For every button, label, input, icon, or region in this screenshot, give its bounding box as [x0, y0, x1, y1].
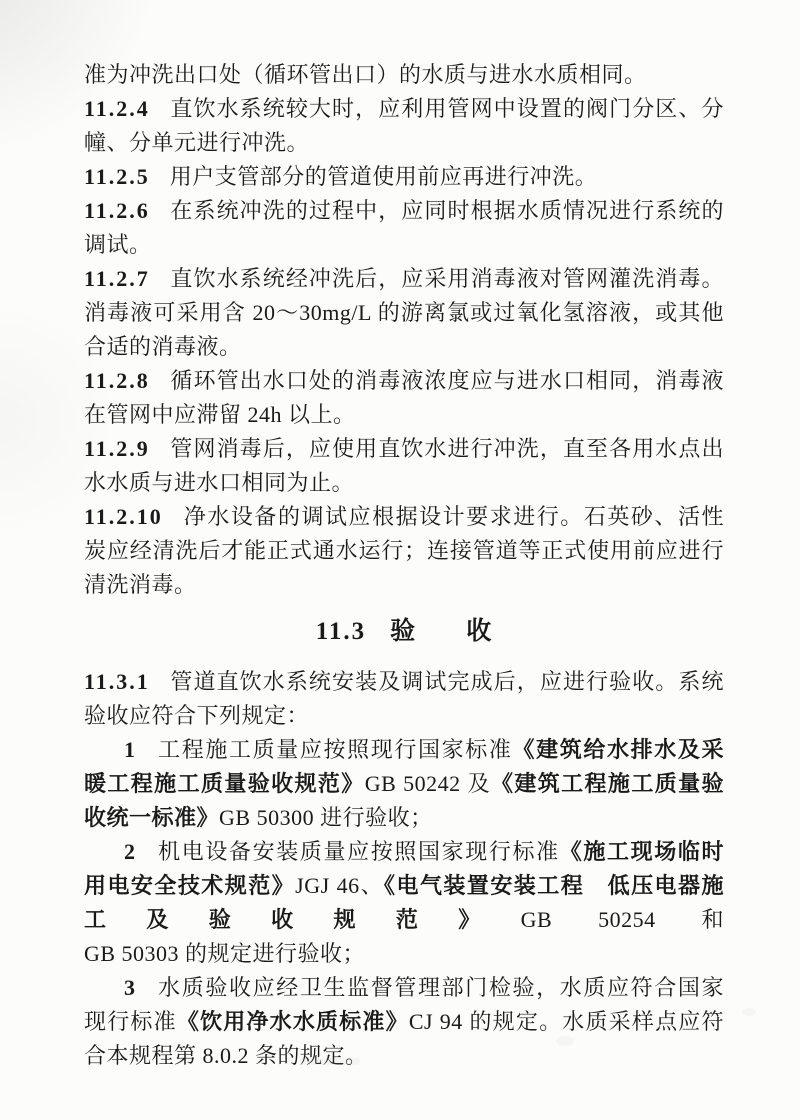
- standard-title: 《建筑给水排水及采: [512, 737, 724, 762]
- text-segment: 炭应经清洗后才能正式通水运行；连接管道等正式使用前应进行: [84, 538, 724, 563]
- text-line: 调试。: [84, 228, 724, 262]
- text-segment: 消毒液可采用含 20～30mg/L 的游离氯或过氧化氢溶液，或其他: [84, 300, 724, 325]
- standard-title: 收统一标准》: [84, 805, 219, 830]
- text-line: 清洗消毒。: [84, 568, 724, 602]
- text-segment: 在系统冲洗的过程中，应同时根据水质情况进行系统的: [170, 198, 724, 223]
- text-segment: 机电设备安装质量应按照国家现行标准: [157, 839, 560, 864]
- text-line: 水水质与进水口相同为止。: [84, 466, 724, 500]
- standard-title: 《施工现场临时: [560, 839, 724, 864]
- text-line: 现行标准《饮用净水水质标准》CJ 94 的规定。水质采样点应符: [84, 1005, 724, 1039]
- text-line: 3水质验收应经卫生监督管理部门检验，水质应符合国家: [84, 971, 724, 1005]
- text-segment: GB 50254 和: [521, 907, 724, 932]
- text-line: 在管网中应滞留 24h 以上。: [84, 398, 724, 432]
- clause-number: 3: [124, 975, 137, 1000]
- scan-artifact: [742, 1008, 756, 1016]
- clause-number: 11.2.6: [84, 198, 150, 223]
- clause-lines-top: 准为冲洗出口处（循环管出口）的水质与进水水质相同。11.2.4直饮水系统较大时，…: [84, 58, 724, 602]
- clause-number: 1: [124, 737, 137, 762]
- standard-title: 《建筑工程施工质量验: [491, 771, 724, 796]
- text-line: 11.2.9管网消毒后，应使用直饮水进行冲洗，直至各用水点出: [84, 432, 724, 466]
- text-segment: GB 50303 的规定进行验收；: [84, 941, 365, 966]
- clause-number: 11.2.9: [84, 436, 150, 461]
- text-line: 11.2.6在系统冲洗的过程中，应同时根据水质情况进行系统的: [84, 194, 724, 228]
- clause-number: 2: [124, 839, 137, 864]
- text-line: GB 50303 的规定进行验收；: [84, 937, 724, 971]
- text-line: 11.2.8循环管出水口处的消毒液浓度应与进水口相同，消毒液: [84, 364, 724, 398]
- clause-lines-bottom: 11.3.1管道直饮水系统安装及调试完成后，应进行验收。系统验收应符合下列规定：…: [84, 665, 724, 1073]
- text-segment: 工程施工质量应按照现行国家标准: [157, 737, 512, 762]
- standard-title: 工及验收规范》: [84, 907, 521, 932]
- section-heading-number: 11.3: [316, 618, 366, 645]
- text-line: 11.2.7直饮水系统经冲洗后，应采用消毒液对管网灌洗消毒。: [84, 262, 724, 296]
- text-segment: 净水设备的调试应根据设计要求进行。石英砂、活性: [183, 504, 724, 529]
- text-line: 炭应经清洗后才能正式通水运行；连接管道等正式使用前应进行: [84, 534, 724, 568]
- text-segment: 调试。: [84, 232, 152, 257]
- text-segment: 水质验收应经卫生监督管理部门检验，水质应符合国家: [157, 975, 724, 1000]
- text-segment: 合适的消毒液。: [84, 334, 242, 359]
- clause-number: 11.2.10: [84, 504, 163, 529]
- standard-title: 《电气装置安装工程 低压电器施: [384, 873, 724, 898]
- text-line: 准为冲洗出口处（循环管出口）的水质与进水水质相同。: [84, 58, 724, 92]
- clause-number: 11.2.5: [84, 164, 150, 189]
- section-heading-word-1: 验: [390, 618, 416, 645]
- clause-number: 11.3.1: [84, 669, 150, 694]
- text-line: 收统一标准》GB 50300 进行验收；: [84, 801, 724, 835]
- clause-number: 11.2.7: [84, 266, 150, 291]
- text-line: 11.3.1管道直饮水系统安装及调试完成后，应进行验收。系统: [84, 665, 724, 699]
- section-heading-word-2: 收: [466, 618, 492, 645]
- text-segment: 用户支管部分的管道使用前应再进行冲洗。: [170, 164, 598, 189]
- text-segment: JGJ 46、: [295, 873, 384, 898]
- text-segment: 验收应符合下列规定：: [84, 703, 309, 728]
- text-segment: 直饮水系统较大时，应利用管网中设置的阀门分区、分: [170, 96, 724, 121]
- text-line: 工及验收规范》GB 50254 和《建筑电气工程施工质量验收规范》: [84, 903, 724, 937]
- standard-title: 《饮用净水水质标准》: [177, 1009, 409, 1034]
- text-line: 1工程施工质量应按照现行国家标准《建筑给水排水及采: [84, 733, 724, 767]
- text-segment: GB 50300 进行验收；: [219, 805, 433, 830]
- text-line: 11.2.10净水设备的调试应根据设计要求进行。石英砂、活性: [84, 500, 724, 534]
- text-segment: 直饮水系统经冲洗后，应采用消毒液对管网灌洗消毒。: [170, 266, 724, 291]
- section-heading: 11.3验收: [84, 615, 724, 649]
- text-line: 11.2.4直饮水系统较大时，应利用管网中设置的阀门分区、分: [84, 92, 724, 126]
- text-segment: 水水质与进水口相同为止。: [84, 470, 354, 495]
- standard-title: 用电安全技术规范》: [84, 873, 295, 898]
- text-segment: GB 50242 及: [365, 771, 491, 796]
- standard-title: 暖工程施工质量验收规范》: [84, 771, 365, 796]
- text-column: 准为冲洗出口处（循环管出口）的水质与进水水质相同。11.2.4直饮水系统较大时，…: [84, 58, 724, 1073]
- text-segment: 循环管出水口处的消毒液浓度应与进水口相同，消毒液: [170, 368, 724, 393]
- scan-artifact: [556, 1036, 574, 1046]
- text-segment: 现行标准: [84, 1009, 177, 1034]
- text-line: 11.2.5用户支管部分的管道使用前应再进行冲洗。: [84, 160, 724, 194]
- scan-artifact: [300, 1058, 360, 1065]
- text-segment: 管道直饮水系统安装及调试完成后，应进行验收。系统: [170, 669, 724, 694]
- text-segment: CJ 94 的规定。水质采样点应符: [409, 1009, 724, 1034]
- text-line: 用电安全技术规范》JGJ 46、《电气装置安装工程 低压电器施: [84, 869, 724, 903]
- text-line: 验收应符合下列规定：: [84, 699, 724, 733]
- text-line: 幢、分单元进行冲洗。: [84, 126, 724, 160]
- text-segment: 清洗消毒。: [84, 572, 197, 597]
- text-line: 2机电设备安装质量应按照国家现行标准《施工现场临时: [84, 835, 724, 869]
- text-line: 消毒液可采用含 20～30mg/L 的游离氯或过氧化氢溶液，或其他: [84, 296, 724, 330]
- text-line: 合本规程第 8.0.2 条的规定。: [84, 1039, 724, 1073]
- text-segment: 准为冲洗出口处（循环管出口）的水质与进水水质相同。: [84, 62, 647, 87]
- document-page: 准为冲洗出口处（循环管出口）的水质与进水水质相同。11.2.4直饮水系统较大时，…: [0, 0, 800, 1120]
- clause-number: 11.2.4: [84, 96, 150, 121]
- text-line: 暖工程施工质量验收规范》GB 50242 及《建筑工程施工质量验: [84, 767, 724, 801]
- clause-number: 11.2.8: [84, 368, 150, 393]
- text-line: 合适的消毒液。: [84, 330, 724, 364]
- text-segment: 管网消毒后，应使用直饮水进行冲洗，直至各用水点出: [170, 436, 724, 461]
- text-segment: 在管网中应滞留 24h 以上。: [84, 402, 356, 427]
- text-segment: 幢、分单元进行冲洗。: [84, 130, 309, 155]
